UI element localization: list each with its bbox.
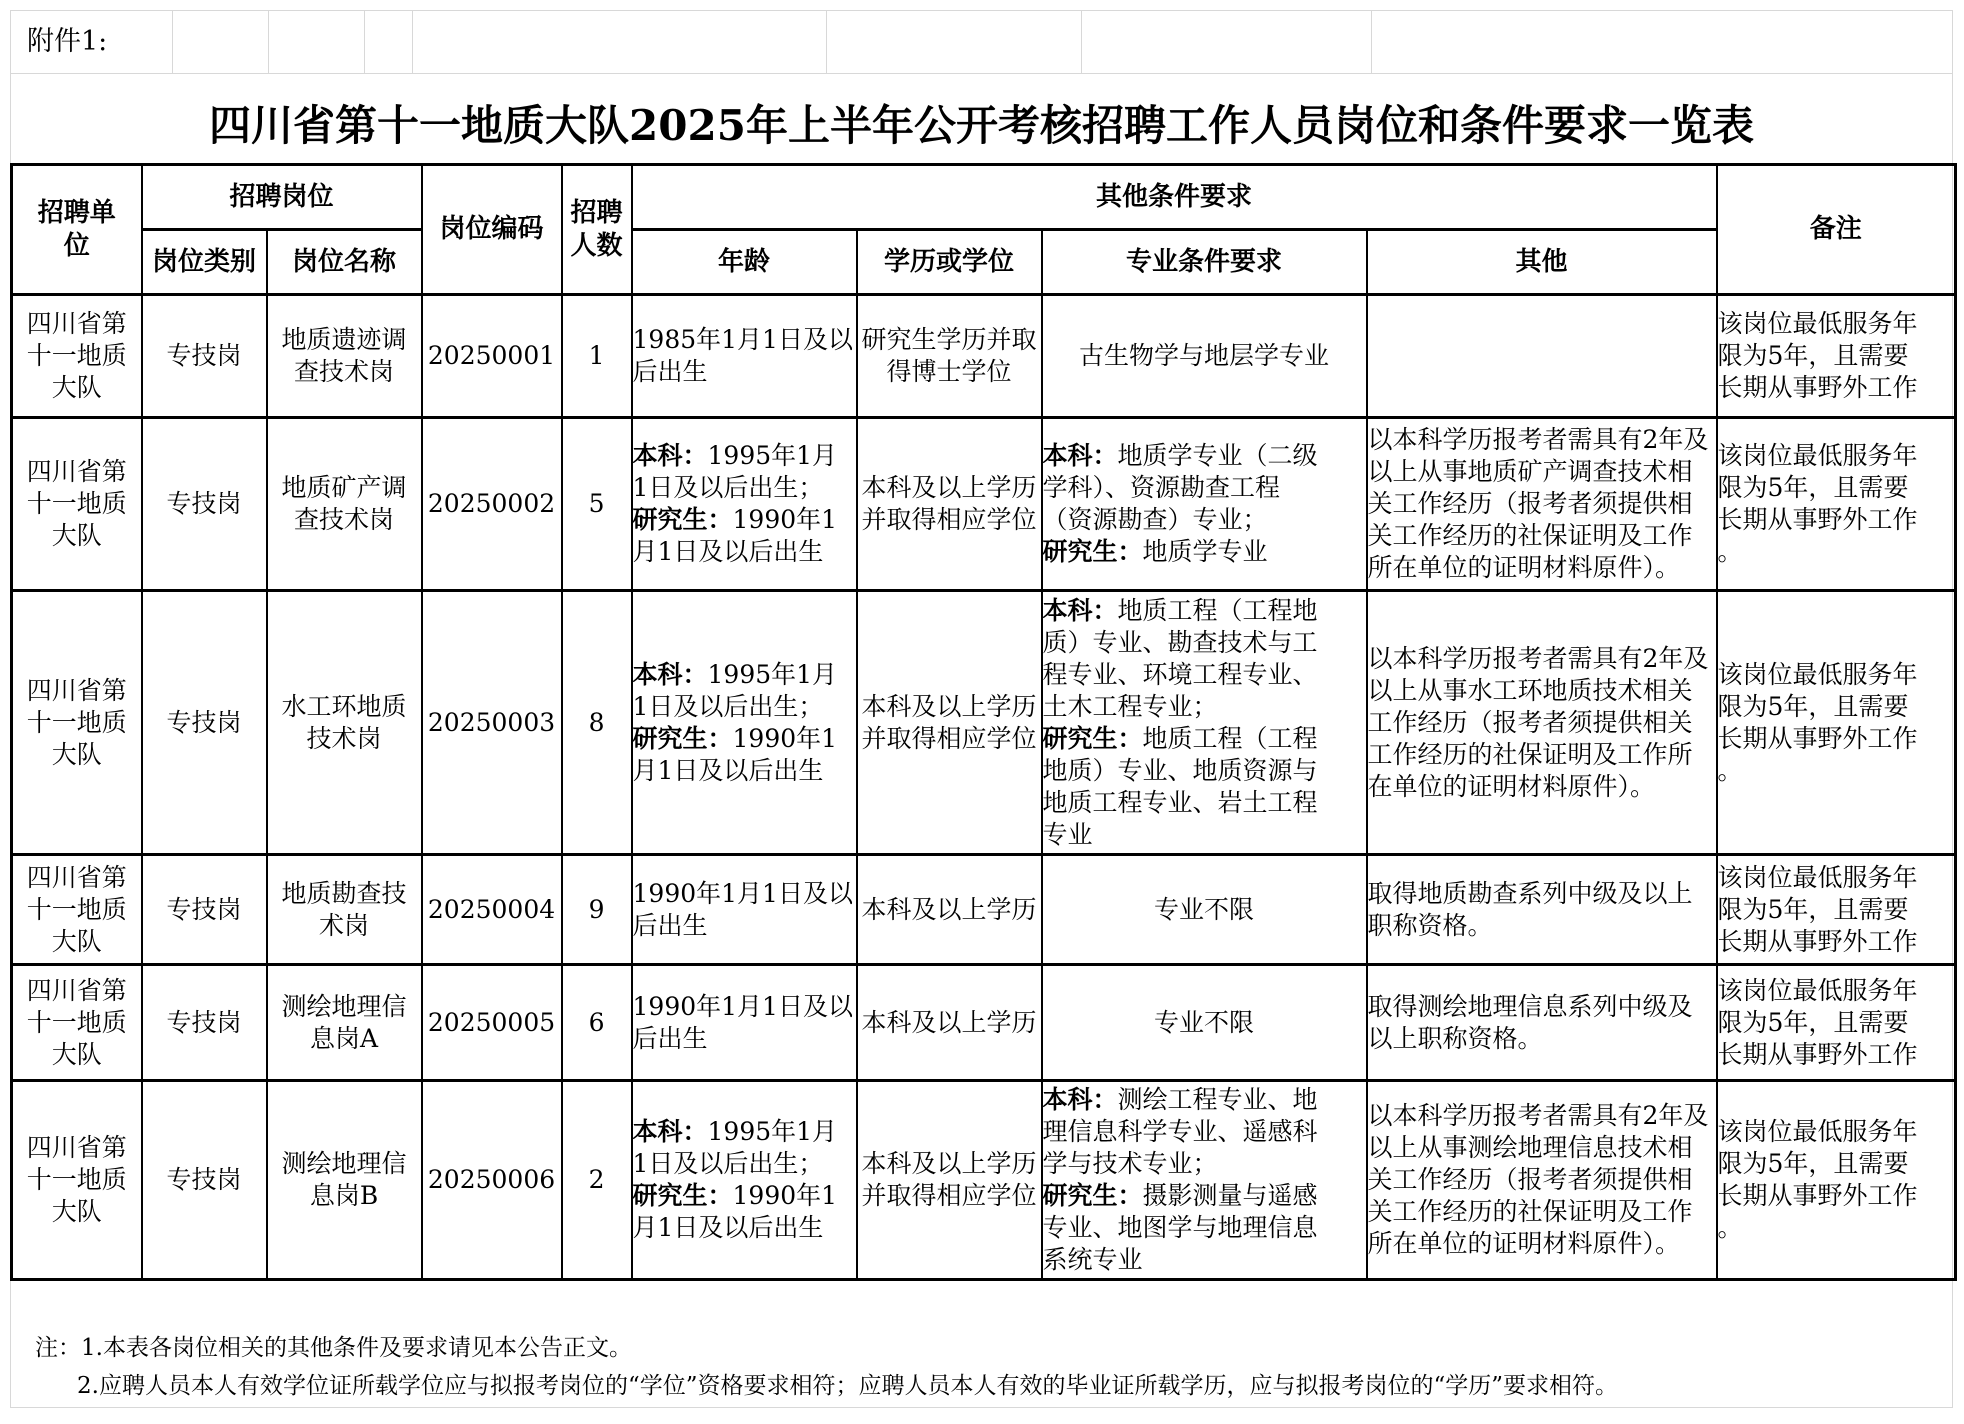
footnotes: 注：1.本表各岗位相关的其他条件及要求请见本公告正文。 2.应聘人员本人有效学位… [35, 1329, 1618, 1405]
cell-position-code: 20250006 [422, 1081, 562, 1280]
cell-position-name: 地质遗迹调 查技术岗 [267, 295, 422, 418]
table-row: 四川省第 十一地质 大队 专技岗 地质矿产调 查技术岗 20250002 5 本… [12, 418, 1956, 591]
cell-education: 本科及以上学历 并取得相应学位 [857, 591, 1042, 855]
spreadsheet-gridline [172, 11, 173, 73]
cell-age: 本科：1995年1月 1日及以后出生； 研究生：1990年1 月1日及以后出生 [632, 1081, 857, 1280]
cell-major: 本科：地质学专业（二级 学科）、资源勘查工程 （资源勘查）专业； 研究生：地质学… [1042, 418, 1367, 591]
header-headcount: 招聘 人数 [562, 165, 632, 295]
cell-headcount: 1 [562, 295, 632, 418]
cell-position-category: 专技岗 [142, 855, 267, 965]
header-education: 学历或学位 [857, 230, 1042, 295]
cell-education: 研究生学历并取 得博士学位 [857, 295, 1042, 418]
table-row: 四川省第 十一地质 大队 专技岗 地质遗迹调 查技术岗 20250001 1 1… [12, 295, 1956, 418]
cell-major: 本科：测绘工程专业、地 理信息科学专业、遥感科 学与技术专业； 研究生：摄影测量… [1042, 1081, 1367, 1280]
cell-position-name: 地质勘查技 术岗 [267, 855, 422, 965]
cell-unit: 四川省第 十一地质 大队 [12, 965, 142, 1081]
table-row: 四川省第 十一地质 大队 专技岗 测绘地理信 息岗A 20250005 6 19… [12, 965, 1956, 1081]
header-position-group: 招聘岗位 [142, 165, 422, 230]
cell-other: 取得地质勘查系列中级及以上 职称资格。 [1367, 855, 1717, 965]
cell-age: 本科：1995年1月 1日及以后出生； 研究生：1990年1 月1日及以后出生 [632, 418, 857, 591]
cell-headcount: 2 [562, 1081, 632, 1280]
cell-position-code: 20250005 [422, 965, 562, 1081]
cell-major: 古生物学与地层学专业 [1042, 295, 1367, 418]
cell-unit: 四川省第 十一地质 大队 [12, 591, 142, 855]
table-row: 四川省第 十一地质 大队 专技岗 地质勘查技 术岗 20250004 9 199… [12, 855, 1956, 965]
cell-remark: 该岗位最低服务年 限为5年，且需要 长期从事野外工作 [1717, 855, 1956, 965]
cell-headcount: 6 [562, 965, 632, 1081]
table-row: 四川省第 十一地质 大队 专技岗 水工环地质 技术岗 20250003 8 本科… [12, 591, 1956, 855]
cell-position-name: 水工环地质 技术岗 [267, 591, 422, 855]
cell-position-code: 20250003 [422, 591, 562, 855]
cell-other: 以本科学历报考者需具有2年及 以上从事地质矿产调查技术相 关工作经历（报考者须提… [1367, 418, 1717, 591]
spreadsheet-gridline [268, 11, 269, 73]
cell-headcount: 9 [562, 855, 632, 965]
cell-position-name: 地质矿产调 查技术岗 [267, 418, 422, 591]
cell-unit: 四川省第 十一地质 大队 [12, 855, 142, 965]
table-row: 四川省第 十一地质 大队 专技岗 测绘地理信 息岗B 20250006 2 本科… [12, 1081, 1956, 1280]
page-frame: 附件1: 四川省第十一地质大队2025年上半年公开考核招聘工作人员岗位和条件要求… [10, 10, 1953, 1408]
header-age: 年龄 [632, 230, 857, 295]
cell-position-category: 专技岗 [142, 295, 267, 418]
cell-position-code: 20250004 [422, 855, 562, 965]
spreadsheet-gridline [1371, 11, 1372, 73]
cell-remark: 该岗位最低服务年 限为5年，且需要 长期从事野外工作 [1717, 295, 1956, 418]
header-position-name: 岗位名称 [267, 230, 422, 295]
cell-position-code: 20250001 [422, 295, 562, 418]
cell-education: 本科及以上学历 并取得相应学位 [857, 418, 1042, 591]
cell-headcount: 5 [562, 418, 632, 591]
header-row-2: 岗位类别 岗位名称 年龄 学历或学位 专业条件要求 其他 [12, 230, 1956, 295]
cell-remark: 该岗位最低服务年 限为5年，且需要 长期从事野外工作 。 [1717, 418, 1956, 591]
cell-major: 专业不限 [1042, 855, 1367, 965]
header-other: 其他 [1367, 230, 1717, 295]
cell-age: 1985年1月1日及以 后出生 [632, 295, 857, 418]
cell-position-category: 专技岗 [142, 965, 267, 1081]
cell-age: 1990年1月1日及以 后出生 [632, 965, 857, 1081]
attachment-label: 附件1: [27, 25, 107, 59]
page-title: 四川省第十一地质大队2025年上半年公开考核招聘工作人员岗位和条件要求一览表 [11, 74, 1952, 172]
cell-other: 取得测绘地理信息系列中级及 以上职称资格。 [1367, 965, 1717, 1081]
cell-other: 以本科学历报考者需具有2年及 以上从事测绘地理信息技术相 关工作经历（报考者须提… [1367, 1081, 1717, 1280]
spreadsheet-gridline [364, 11, 365, 73]
cell-education: 本科及以上学历 [857, 855, 1042, 965]
footnote-1: 注：1.本表各岗位相关的其他条件及要求请见本公告正文。 [35, 1329, 1618, 1367]
header-position-category: 岗位类别 [142, 230, 267, 295]
cell-position-name: 测绘地理信 息岗A [267, 965, 422, 1081]
cell-other [1367, 295, 1717, 418]
footnote-2: 2.应聘人员本人有效学位证所载学位应与拟报考岗位的“学位”资格要求相符；应聘人员… [35, 1367, 1618, 1405]
header-major: 专业条件要求 [1042, 230, 1367, 295]
cell-position-category: 专技岗 [142, 1081, 267, 1280]
header-position-code: 岗位编码 [422, 165, 562, 295]
spreadsheet-gridline [1081, 11, 1082, 73]
cell-age: 1990年1月1日及以 后出生 [632, 855, 857, 965]
cell-age: 本科：1995年1月 1日及以后出生； 研究生：1990年1 月1日及以后出生 [632, 591, 857, 855]
cell-major: 专业不限 [1042, 965, 1367, 1081]
cell-position-name: 测绘地理信 息岗B [267, 1081, 422, 1280]
cell-position-code: 20250002 [422, 418, 562, 591]
cell-remark: 该岗位最低服务年 限为5年，且需要 长期从事野外工作 。 [1717, 591, 1956, 855]
header-row-1: 招聘单 位 招聘岗位 岗位编码 招聘 人数 其他条件要求 备注 [12, 165, 1956, 230]
cell-position-category: 专技岗 [142, 418, 267, 591]
cell-headcount: 8 [562, 591, 632, 855]
cell-other: 以本科学历报考者需具有2年及 以上从事水工环地质技术相关 工作经历（报考者须提供… [1367, 591, 1717, 855]
cell-education: 本科及以上学历 [857, 965, 1042, 1081]
cell-unit: 四川省第 十一地质 大队 [12, 295, 142, 418]
cell-unit: 四川省第 十一地质 大队 [12, 1081, 142, 1280]
positions-table: 招聘单 位 招聘岗位 岗位编码 招聘 人数 其他条件要求 备注 岗位类别 岗位名… [10, 163, 1957, 1281]
cell-remark: 该岗位最低服务年 限为5年，且需要 长期从事野外工作 [1717, 965, 1956, 1081]
spreadsheet-gridline [826, 11, 827, 73]
cell-position-category: 专技岗 [142, 591, 267, 855]
cell-unit: 四川省第 十一地质 大队 [12, 418, 142, 591]
cell-education: 本科及以上学历 并取得相应学位 [857, 1081, 1042, 1280]
spreadsheet-gridline [412, 11, 413, 73]
header-remarks: 备注 [1717, 165, 1956, 295]
cell-remark: 该岗位最低服务年 限为5年，且需要 长期从事野外工作 。 [1717, 1081, 1956, 1280]
header-other-requirements-group: 其他条件要求 [632, 165, 1717, 230]
attachment-row: 附件1: [11, 11, 1952, 74]
cell-major: 本科：地质工程（工程地 质）专业、勘查技术与工 程专业、环境工程专业、 土木工程… [1042, 591, 1367, 855]
header-unit: 招聘单 位 [12, 165, 142, 295]
